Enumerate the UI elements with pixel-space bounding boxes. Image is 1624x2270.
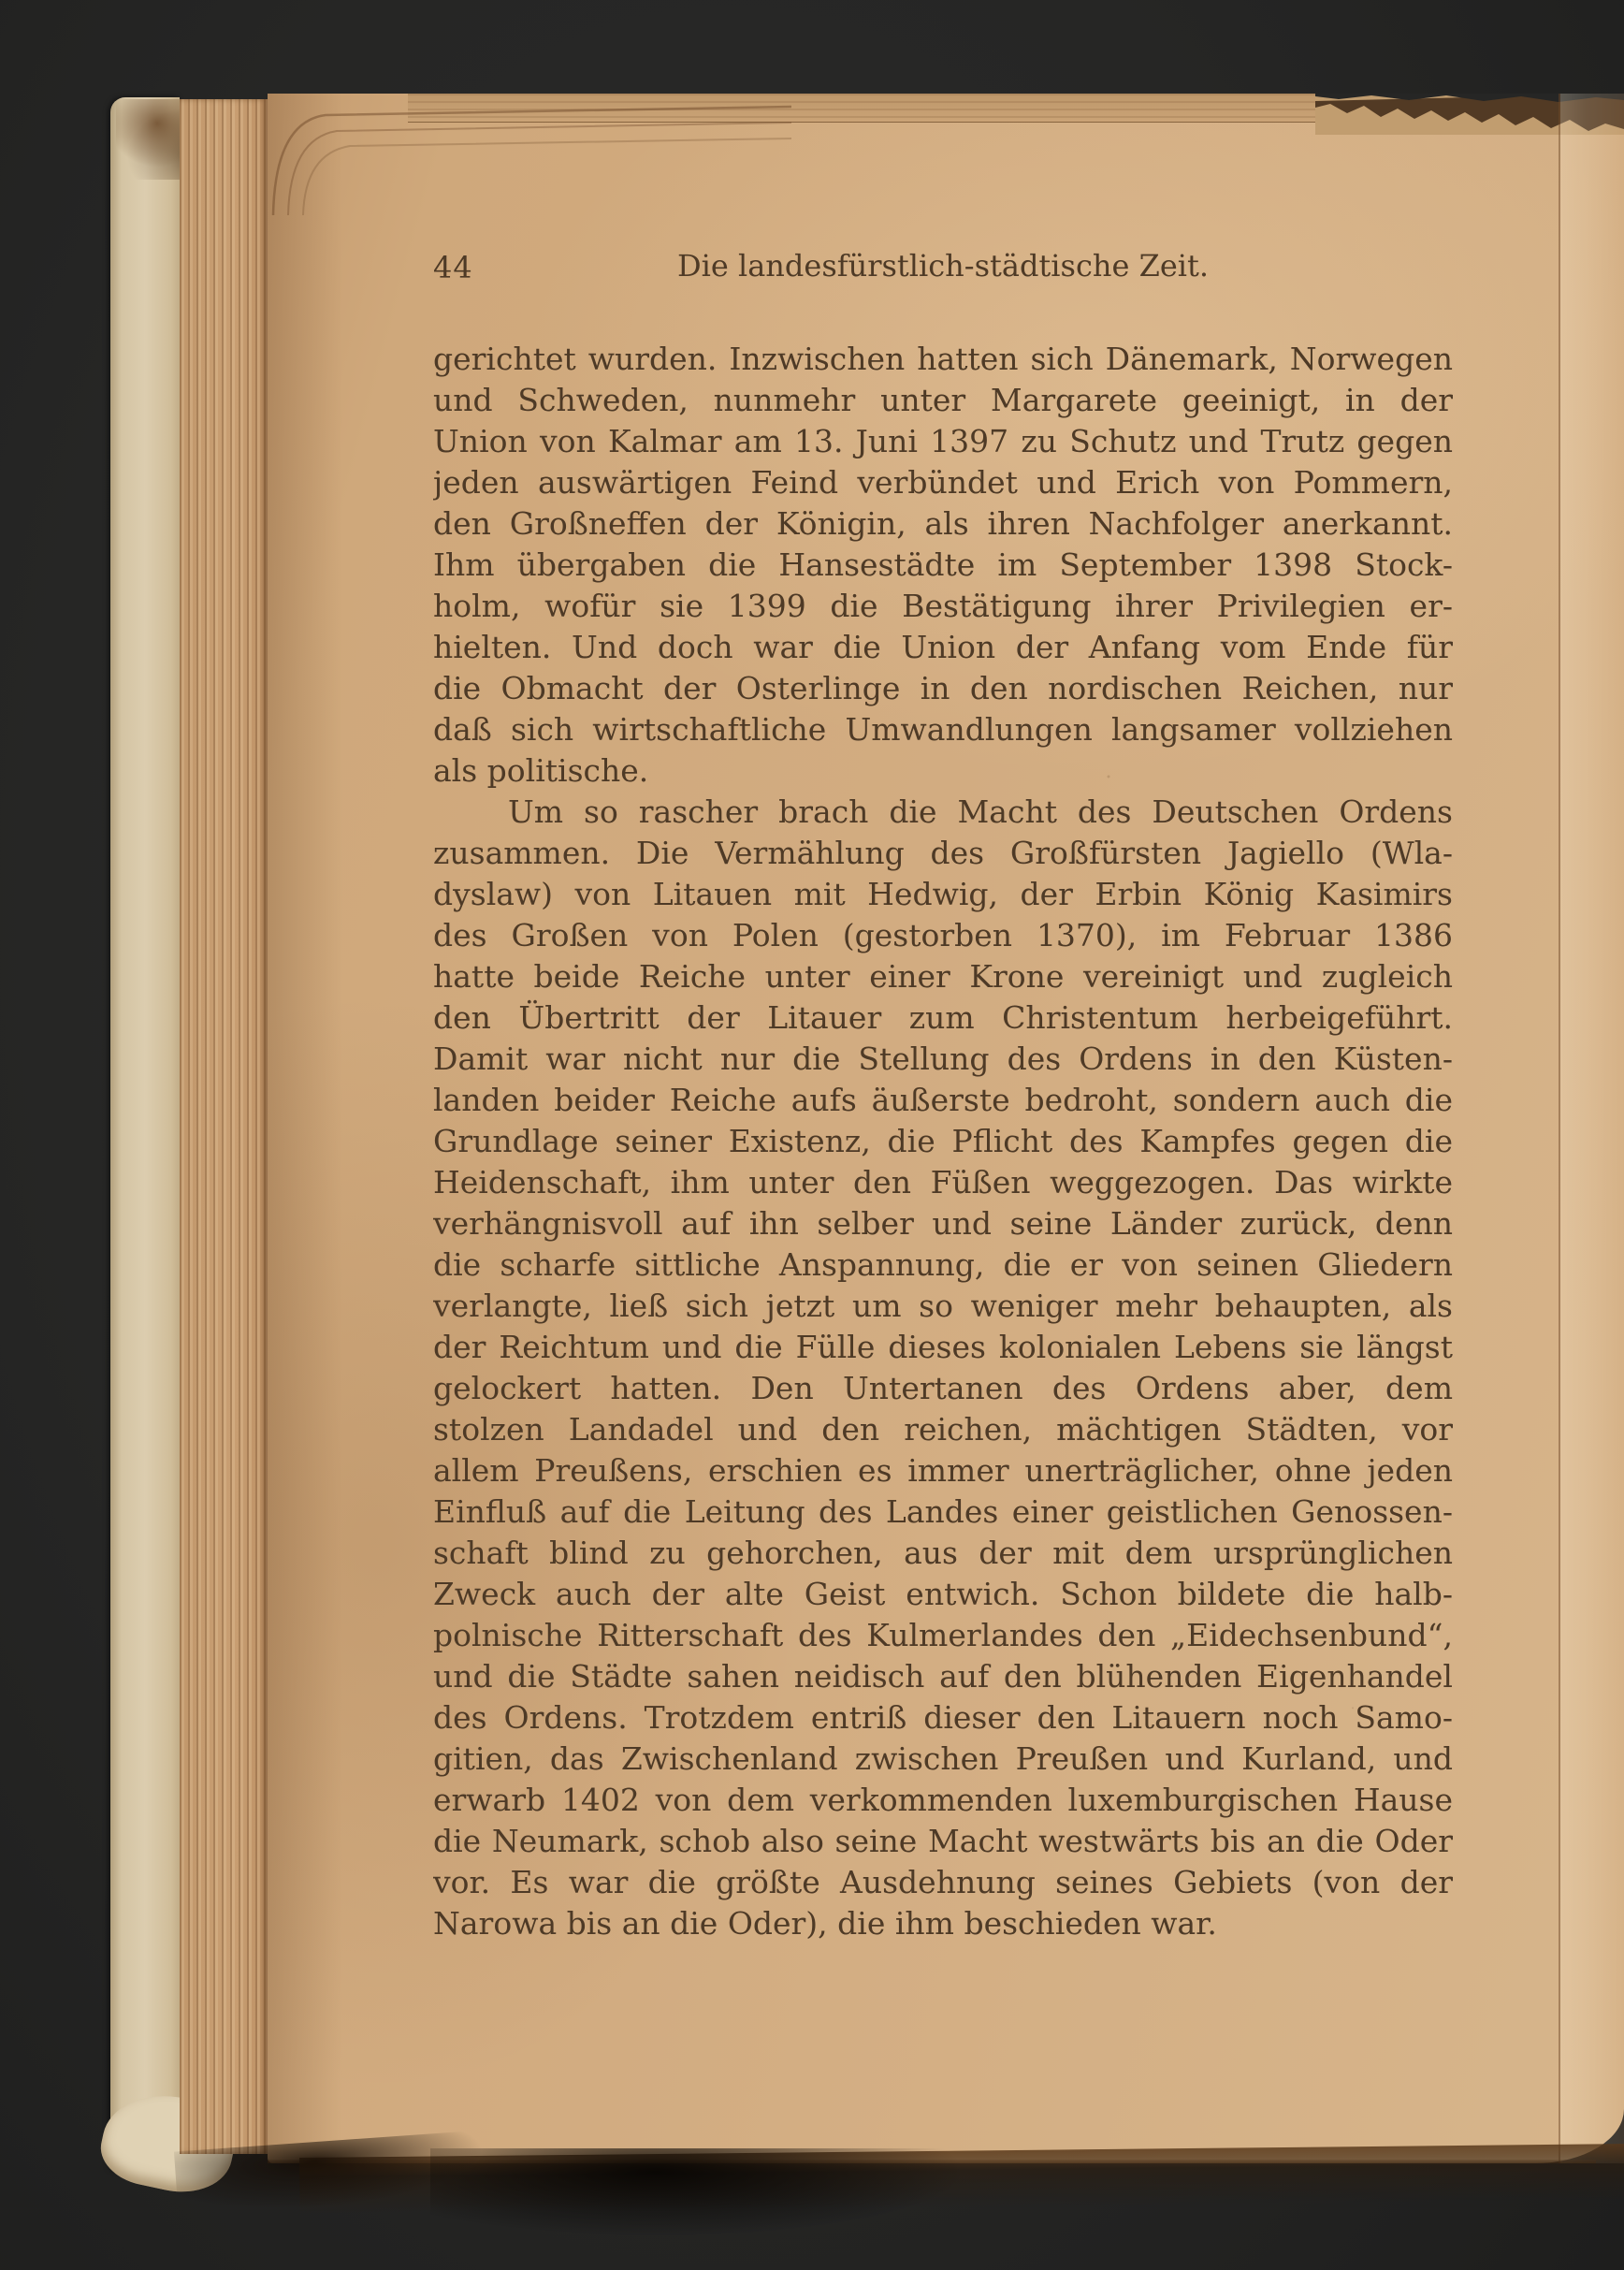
text-line: die Obmacht der Osterlinge in den nordis… [433, 668, 1453, 709]
text-line: Union von Kalmar am 13. Juni 1397 zu Sch… [433, 421, 1453, 462]
text-line: allem Preußens, erschien es immer unertr… [433, 1450, 1453, 1492]
text-line: Narowa bis an die Oder), die ihm beschie… [433, 1903, 1453, 1944]
adjacent-page-edge [1560, 94, 1624, 2163]
running-header-row: 44 Die landesfürstlich-städtische Zeit. [433, 247, 1453, 286]
text-line: jeden auswärtigen Feind verbündet und Er… [433, 462, 1453, 503]
text-line: Damit war nicht nur die Stellung des Ord… [433, 1039, 1453, 1080]
corner-shadow-blob [430, 2148, 992, 2242]
text-line: und Schweden, nunmehr unter Margarete ge… [433, 380, 1453, 421]
text-line: landen beider Reiche aufs äußerste bedro… [433, 1080, 1453, 1121]
text-line: zusammen. Die Vermählung des Großfürsten… [433, 833, 1453, 874]
text-line: gerichtet wurden. Inzwischen hatten sich… [433, 339, 1453, 380]
text-line: Heidenschaft, ihm unter den Füßen weggez… [433, 1162, 1453, 1203]
running-header-title: Die landesfürstlich-städtische Zeit. [433, 247, 1453, 284]
text-line: die scharfe sittliche Anspannung, die er… [433, 1244, 1453, 1286]
text-line: des Großen von Polen (gestorben 1370), i… [433, 915, 1453, 956]
text-line: Zweck auch der alte Geist entwich. Schon… [433, 1574, 1453, 1615]
text-line: dyslaw) von Litauen mit Hedwig, der Erbi… [433, 874, 1453, 915]
text-line: gitien, das Zwischenland zwischen Preuße… [433, 1739, 1453, 1780]
text-line: den Großneffen der Königin, als ihren Na… [433, 503, 1453, 545]
text-line: vor. Es war die größte Ausdehnung seines… [433, 1862, 1453, 1903]
text-line: Grundlage seiner Existenz, die Pflicht d… [433, 1121, 1453, 1162]
text-line: holm, wofür sie 1399 die Bestätigung ihr… [433, 586, 1453, 627]
page-fold-line [1559, 94, 1560, 2163]
text-line: des Ordens. Trotzdem entriß dieser den L… [433, 1697, 1453, 1739]
text-line: erwarb 1402 von dem verkommenden luxembu… [433, 1780, 1453, 1821]
text-line: verlangte, ließ sich jetzt um so weniger… [433, 1286, 1453, 1327]
text-line: der Reichtum und die Fülle dieses koloni… [433, 1327, 1453, 1368]
text-line: gelockert hatten. Den Untertanen des Ord… [433, 1368, 1453, 1409]
text-column: gerichtet wurden. Inzwischen hatten sich… [433, 339, 1453, 1944]
text-line: hielten. Und doch war die Union der Anfa… [433, 627, 1453, 668]
text-line: hatte beide Reiche unter einer Krone ver… [433, 956, 1453, 997]
text-line: Ihm übergaben die Hansestädte im Septemb… [433, 545, 1453, 586]
text-line: als politische. [433, 750, 1453, 792]
book-page: 44 Die landesfürstlich-städtische Zeit. … [268, 94, 1624, 2163]
book-spine-edge [110, 97, 180, 2171]
gutter-shading [268, 94, 342, 2163]
paragraph: Um so rascher brach die Macht des Deutsc… [433, 792, 1453, 1944]
text-line: verhängnisvoll auf ihn selber und seine … [433, 1203, 1453, 1244]
text-line: Um so rascher brach die Macht des Deutsc… [433, 792, 1453, 833]
text-line: Einfluß auf die Leitung des Landes einer… [433, 1492, 1453, 1533]
page-top-edges [408, 94, 1624, 123]
text-line: stolzen Landadel und den reichen, mächti… [433, 1409, 1453, 1450]
text-line: und die Städte sahen neidisch auf den bl… [433, 1656, 1453, 1697]
text-line: den Übertritt der Litauer zum Christentu… [433, 997, 1453, 1039]
paragraph: gerichtet wurden. Inzwischen hatten sich… [433, 339, 1453, 792]
scan-background: 44 Die landesfürstlich-städtische Zeit. … [0, 0, 1624, 2270]
text-line: die Neumark, schob also seine Macht west… [433, 1821, 1453, 1862]
text-line: polnische Ritterschaft des Kulmerlandes … [433, 1615, 1453, 1656]
text-line: daß sich wirtschaftliche Umwandlungen la… [433, 709, 1453, 750]
text-line: schaft blind zu gehorchen, aus der mit d… [433, 1533, 1453, 1574]
page-edge-stack [180, 99, 268, 2154]
